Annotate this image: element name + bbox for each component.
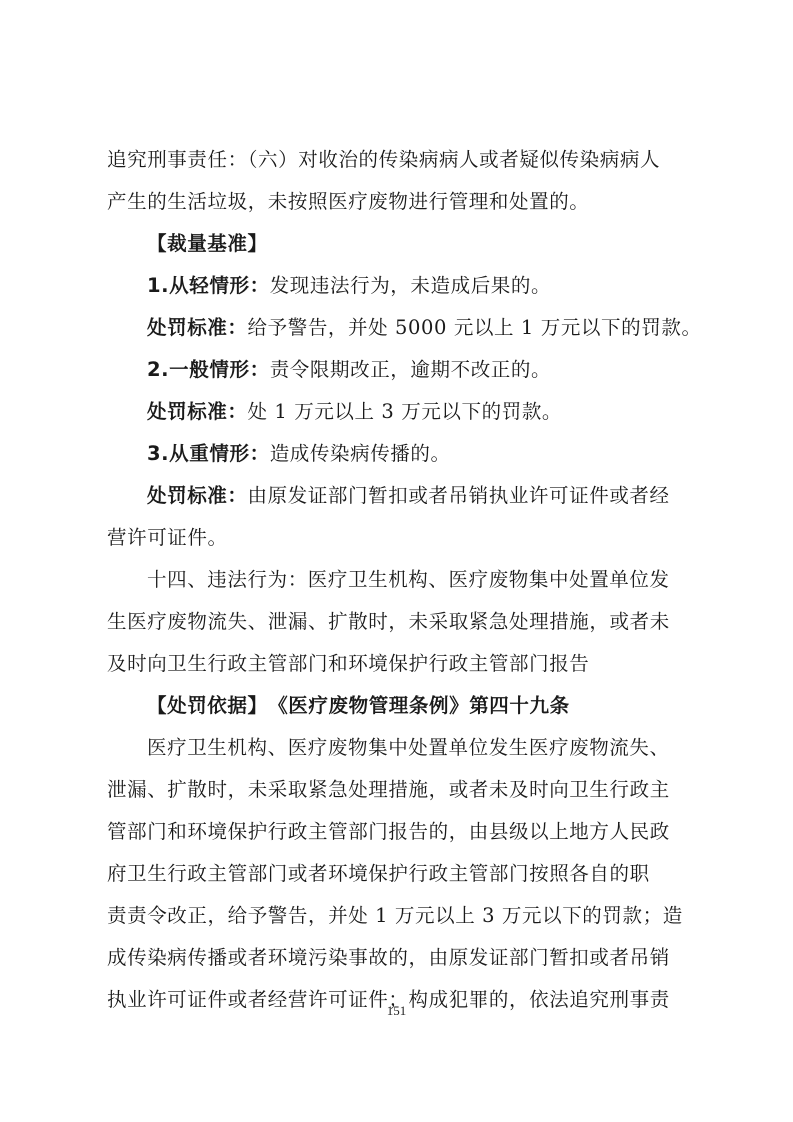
criteria-line: 1.从轻情形：发现违法行为，未造成后果的。 <box>147 266 551 306</box>
paragraph-line: 泄漏、扩散时，未采取紧急处理措施，或者未及时向卫生行政主 <box>107 770 670 810</box>
criteria-text: 处 1 万元以上 3 万元以下的罚款。 <box>248 400 563 423</box>
criteria-label: 处罚标准： <box>147 484 248 507</box>
criteria-label: 处罚标准： <box>147 400 248 423</box>
paragraph-line: 管部门和环境保护行政主管部门报告的，由县级以上地方人民政 <box>107 812 670 852</box>
section-heading-penalty-basis: 【处罚依据】 《医疗废物管理条例》第四十九条 <box>147 686 570 726</box>
criteria-text: 给予警告，并处 5000 元以上 1 万元以下的罚款。 <box>248 316 702 339</box>
page-number: 151 <box>0 1003 793 1019</box>
paragraph-line: 医疗卫生机构、医疗废物集中处置单位发生医疗废物流失、 <box>147 728 670 768</box>
paragraph-line: 成传染病传播或者环境污染事故的，由原发证部门暂扣或者吊销 <box>107 938 670 978</box>
criteria-line: 处罚标准：给予警告，并处 5000 元以上 1 万元以下的罚款。 <box>147 308 702 348</box>
violation-heading-line: 十四、违法行为：医疗卫生机构、医疗废物集中处置单位发 <box>147 560 670 600</box>
criteria-text: 责令限期改正，逾期不改正的。 <box>270 358 551 381</box>
criteria-text: 造成传染病传播的。 <box>270 442 451 465</box>
paragraph-line: 责责令改正，给予警告，并处 1 万元以上 3 万元以下的罚款；造 <box>107 896 683 936</box>
criteria-text: 由原发证部门暂扣或者吊销执业许可证件或者经 <box>248 484 670 507</box>
paragraph-line: 营许可证件。 <box>107 518 228 558</box>
paragraph-line: 生医疗废物流失、泄漏、扩散时，未采取紧急处理措施，或者未 <box>107 602 670 642</box>
paragraph-line: 产生的生活垃圾，未按照医疗废物进行管理和处置的。 <box>107 182 589 222</box>
criteria-line: 3.从重情形：造成传染病传播的。 <box>147 434 451 474</box>
paragraph-line: 及时向卫生行政主管部门和环境保护行政主管部门报告 <box>107 644 589 684</box>
criteria-line: 处罚标准：由原发证部门暂扣或者吊销执业许可证件或者经 <box>147 476 670 516</box>
paragraph-line: 府卫生行政主管部门或者环境保护行政主管部门按照各自的职 <box>107 854 650 894</box>
criteria-label: 2.一般情形： <box>147 358 270 381</box>
paragraph-line: 追究刑事责任：（六）对收治的传染病病人或者疑似传染病病人 <box>107 140 660 180</box>
criteria-line: 2.一般情形：责令限期改正，逾期不改正的。 <box>147 350 551 390</box>
criteria-line: 处罚标准：处 1 万元以上 3 万元以下的罚款。 <box>147 392 562 432</box>
criteria-label: 1.从轻情形： <box>147 274 270 297</box>
criteria-text: 发现违法行为，未造成后果的。 <box>270 274 551 297</box>
criteria-label: 3.从重情形： <box>147 442 270 465</box>
section-heading-discretion-criteria: 【裁量基准】 <box>147 224 268 264</box>
criteria-label: 处罚标准： <box>147 316 248 339</box>
